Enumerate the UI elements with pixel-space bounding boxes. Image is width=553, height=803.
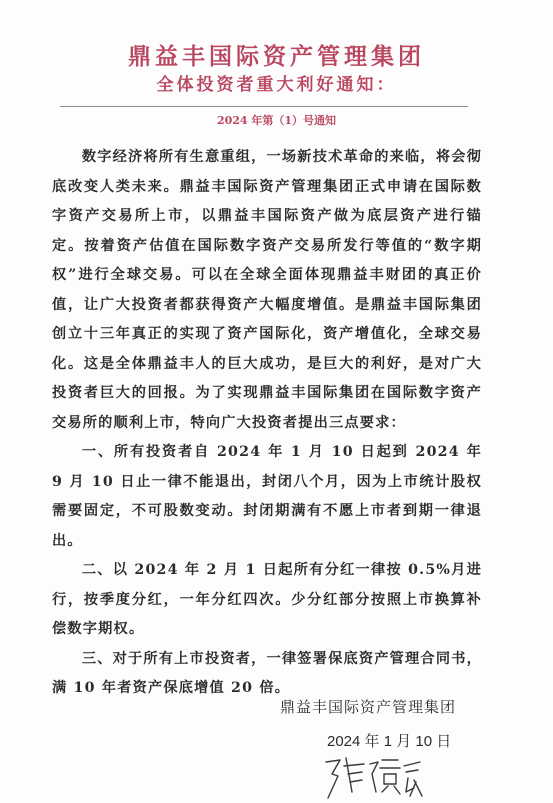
organization-title: 鼎益丰国际资产管理集团 — [0, 38, 553, 71]
notice-body: 数字经济将所有生意重组，一场新技术革命的来临，将会彻底改变人类未来。鼎益丰国际资… — [52, 143, 482, 704]
signing-organization: 鼎益丰国际资产管理集团 — [280, 696, 456, 717]
notice-number: 2024 年第（1）号通知 — [0, 112, 553, 128]
requirement-two: 二、以 2024 年 2 月 1 日起所有分红一律按 0.5%月进行，按季度分红… — [52, 556, 482, 645]
requirement-three: 三、对于所有上市投资者，一律签署保底资产管理合同书，满 10 年者资产保底增值 … — [52, 645, 482, 704]
signing-date: 2024 年 1 月 10 日 — [327, 730, 451, 751]
requirement-one: 一、所有投资者自 2024 年 1 月 10 日起到 2024 年 9 月 10… — [52, 438, 482, 556]
header-divider — [60, 106, 468, 107]
notice-subtitle: 全体投资者重大利好通知： — [0, 70, 553, 95]
notice-document: 鼎益丰国际资产管理集团 全体投资者重大利好通知： 2024 年第（1）号通知 数… — [0, 0, 553, 803]
signature-icon — [318, 752, 428, 802]
intro-paragraph: 数字经济将所有生意重组，一场新技术革命的来临，将会彻底改变人类未来。鼎益丰国际资… — [52, 143, 482, 438]
